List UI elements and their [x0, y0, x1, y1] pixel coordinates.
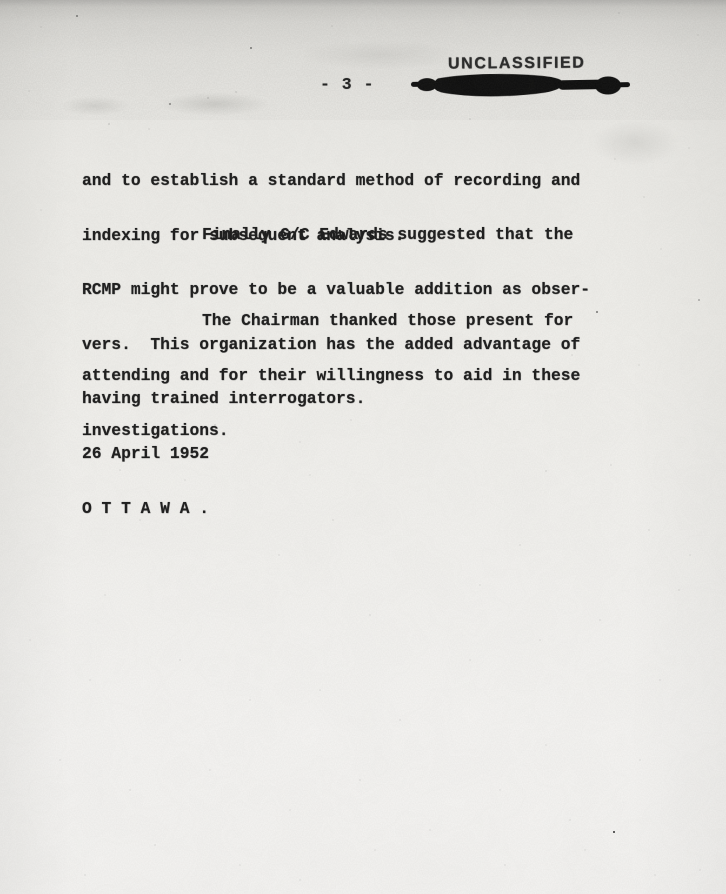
redaction-bar	[410, 69, 632, 101]
place-line: O T T A W A .	[82, 500, 209, 518]
paper-smudge	[160, 92, 270, 116]
page-number: - 3 -	[320, 75, 375, 94]
paper-speckles	[0, 0, 2, 2]
date-line: 26 April 1952	[82, 445, 209, 463]
paper-smudge	[60, 96, 130, 116]
text-line: and to establish a standard method of re…	[82, 172, 580, 190]
text-line: attending and for their willingness to a…	[82, 367, 580, 385]
paper-smudge	[300, 40, 460, 70]
text-line: The Chairman thanked those present for	[82, 312, 580, 330]
text-line: Finally G/C Edwards suggested that the	[82, 226, 590, 244]
scanned-document-page: - 3 - UNCLASSIFIED and to establish a st…	[0, 0, 726, 894]
date-block: 26 April 1952 O T T A W A .	[82, 409, 209, 555]
paper-smudge	[590, 120, 680, 166]
